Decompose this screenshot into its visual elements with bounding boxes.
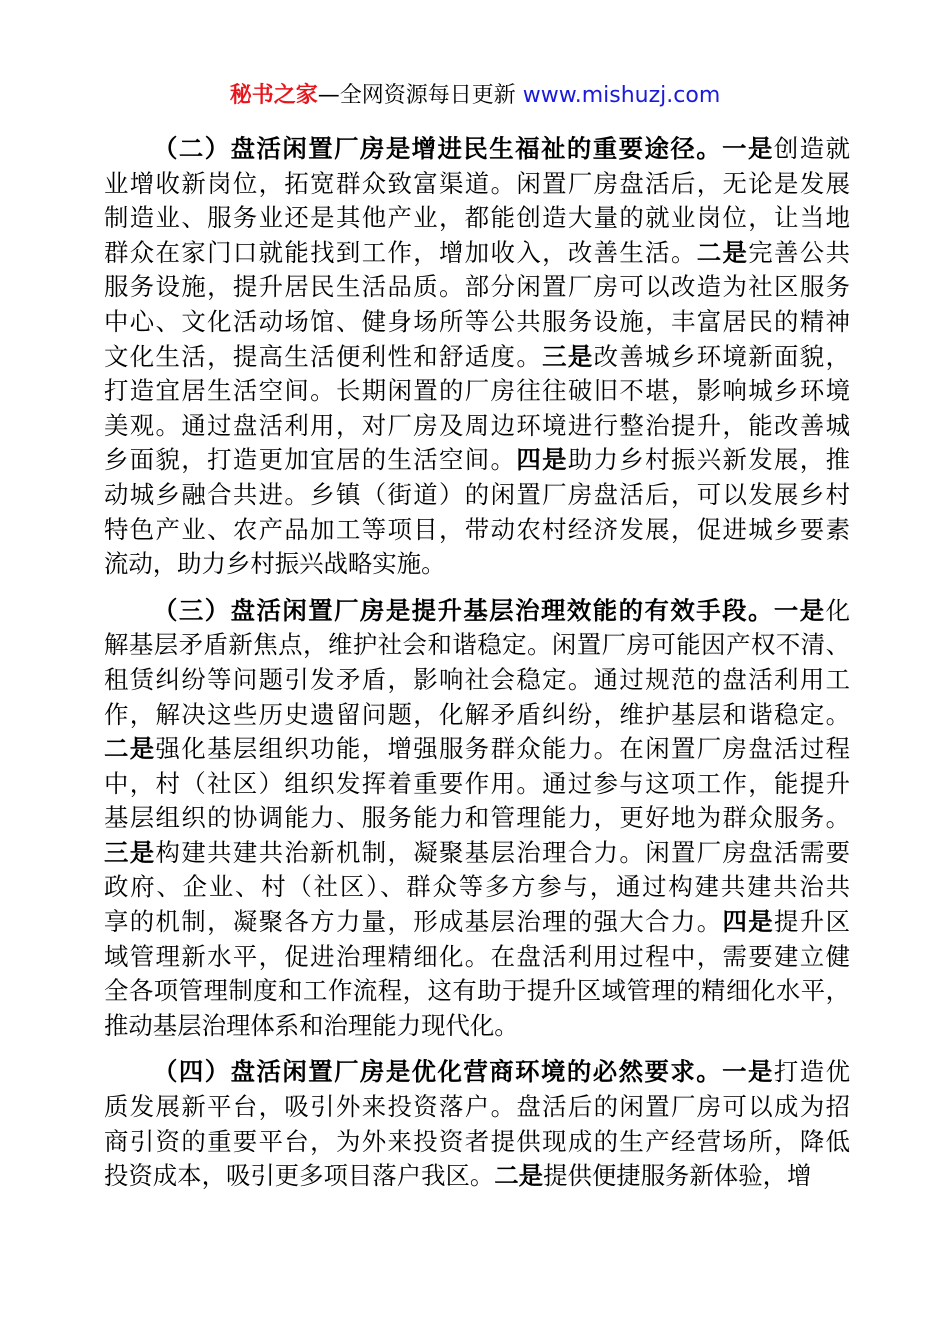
body-text: 美观。通过盘活利用，对厂房及周边环境进行整治提升，能改善城 [104,411,850,440]
body-text: 业增收新岗位，拓宽群众致富渠道。闲置厂房盘活后，无论是发展 [104,169,850,198]
paragraph: （二）盘活闲置厂房是增进民生福祉的重要途径。一是创造就业增收新岗位，拓宽群众致富… [104,132,850,582]
paragraph-heading-line: （四）盘活闲置厂房是优化营商环境的必然要求。一是打造优 [104,1055,850,1090]
body-text: 投资成本，吸引更多项目落户我区。 [104,1161,494,1190]
paragraph-line: 制造业、服务业还是其他产业，都能创造大量的就业岗位，让当地 [104,201,850,236]
body-text: 解基层矛盾新焦点，维护社会和谐稳定。闲置厂房可能因产权不清、 [104,630,850,659]
paragraph-line: 推动基层治理体系和治理能力现代化。 [104,1009,850,1044]
paragraph-heading-line: （二）盘活闲置厂房是增进民生福祉的重要途径。一是创造就 [104,132,850,167]
body-text: 打造优 [774,1057,850,1086]
paragraph-line: 服务设施，提升居民生活品质。部分闲置厂房可以改造为社区服务 [104,270,850,305]
paragraph-line: 政府、企业、村（社区）、群众等多方参与，通过构建共建共治共 [104,870,850,905]
paragraph-line: 特色产业、农产品加工等项目，带动农村经济发展，促进城乡要素 [104,513,850,548]
paragraph-line: 享的机制，凝聚各方力量，形成基层治理的强大合力。四是提升区 [104,905,850,940]
body-text: 政府、企业、村（社区）、群众等多方参与，通过构建共建共治共 [104,872,850,901]
paragraph-line: 全各项管理制度和工作流程，这有助于提升区域管理的精细化水平， [104,974,850,1009]
paragraph: （四）盘活闲置厂房是优化营商环境的必然要求。一是打造优质发展新平台，吸引外来投资… [104,1055,850,1193]
body-text: 完善公共 [748,238,850,267]
paragraph: （三）盘活闲置厂房是提升基层治理效能的有效手段。一是化解基层矛盾新焦点，维护社会… [104,594,850,1044]
body-text: 助力乡村振兴新发展，推 [568,445,850,474]
body-text: 全各项管理制度和工作流程，这有助于提升区域管理的精细化水平， [104,976,850,1005]
paragraph-line: 解基层矛盾新焦点，维护社会和谐稳定。闲置厂房可能因产权不清、 [104,628,850,663]
body-text: 提供便捷服务新体验，增 [543,1161,811,1190]
body-text: 商引资的重要平台，为外来投资者提供现成的生产经营场所，降低 [104,1127,850,1156]
header-tagline: —全网资源每日更新 [318,83,523,108]
body-text: 作，解决这些历史遗留问题，化解矛盾纠纷，维护基层和谐稳定。 [104,700,850,729]
paragraph-heading-line: （三）盘活闲置厂房是提升基层治理效能的有效手段。一是化 [104,594,850,629]
body-text: 中心、文化活动场馆、健身场所等公共服务设施，丰富居民的精神 [104,307,850,336]
paragraph-line: 基层组织的协调能力、服务能力和管理能力，更好地为群众服务。 [104,801,850,836]
body-text: 群众在家门口就能找到工作，增加收入，改善生活。 [104,238,697,267]
bold-text: 三是 [104,838,156,867]
paragraph-line: 中，村（社区）组织发挥着重要作用。通过参与这项工作，能提升 [104,767,850,802]
body-text: 强化基层组织功能，增强服务群众能力。在闲置厂房盘活过程 [156,734,850,763]
bold-text: （四）盘活闲置厂房是优化营商环境的必然要求。一是 [153,1057,774,1086]
body-text: 乡面貌，打造更加宜居的生活空间。 [104,445,516,474]
body-text: 服务设施，提升居民生活品质。部分闲置厂房可以改造为社区服务 [104,272,850,301]
body-text: 租赁纠纷等问题引发矛盾，影响社会稳定。通过规范的盘活利用工 [104,665,850,694]
body-text: 化 [826,596,850,625]
paragraph-line: 中心、文化活动场馆、健身场所等公共服务设施，丰富居民的精神 [104,305,850,340]
paragraph-line: 流动，助力乡村振兴战略实施。 [104,547,850,582]
body-text: 基层组织的协调能力、服务能力和管理能力，更好地为群众服务。 [104,803,850,832]
body-text: 中，村（社区）组织发挥着重要作用。通过参与这项工作，能提升 [104,769,850,798]
body-text: 流动，助力乡村振兴战略实施。 [104,549,445,578]
paragraph-line: 作，解决这些历史遗留问题，化解矛盾纠纷，维护基层和谐稳定。 [104,698,850,733]
site-url-link[interactable]: www.mishuzj.com [523,83,720,108]
paragraph-line: 动城乡融合共进。乡镇（街道）的闲置厂房盘活后，可以发展乡村 [104,478,850,513]
paragraph-line: 文化生活，提高生活便利性和舒适度。三是改善城乡环境新面貌， [104,340,850,375]
paragraph-line: 投资成本，吸引更多项目落户我区。二是提供便捷服务新体验，增 [104,1159,850,1194]
paragraph-line: 域管理新水平，促进治理精细化。在盘活利用过程中，需要建立健 [104,940,850,975]
bold-text: 二是 [697,238,749,267]
paragraph-line: 租赁纠纷等问题引发矛盾，影响社会稳定。通过规范的盘活利用工 [104,663,850,698]
paragraph-line: 美观。通过盘活利用，对厂房及周边环境进行整治提升，能改善城 [104,409,850,444]
paragraph-line: 质发展新平台，吸引外来投资落户。盘活后的闲置厂房可以成为招 [104,1090,850,1125]
paragraph-line: 乡面貌，打造更加宜居的生活空间。四是助力乡村振兴新发展，推 [104,443,850,478]
bold-text: （二）盘活闲置厂房是增进民生福祉的重要途径。一是 [153,134,774,163]
bold-text: 四是 [722,907,774,936]
paragraph-line: 群众在家门口就能找到工作，增加收入，改善生活。二是完善公共 [104,236,850,271]
paragraph-line: 二是强化基层组织功能，增强服务群众能力。在闲置厂房盘活过程 [104,732,850,767]
bold-text: 二是 [494,1161,543,1190]
brand-name: 秘书之家 [230,83,318,108]
body-text: 享的机制，凝聚各方力量，形成基层治理的强大合力。 [104,907,722,936]
document-body: （二）盘活闲置厂房是增进民生福祉的重要途径。一是创造就业增收新岗位，拓宽群众致富… [104,132,850,1206]
body-text: 质发展新平台，吸引外来投资落户。盘活后的闲置厂房可以成为招 [104,1092,850,1121]
body-text: 构建共建共治新机制，凝聚基层治理合力。闲置厂房盘活需要 [156,838,850,867]
paragraph-line: 打造宜居生活空间。长期闲置的厂房往往破旧不堪，影响城乡环境 [104,374,850,409]
body-text: 提升区 [774,907,850,936]
body-text: 域管理新水平，促进治理精细化。在盘活利用过程中，需要建立健 [104,942,850,971]
bold-text: 三是 [542,342,594,371]
body-text: 改善城乡环境新面貌， [594,342,850,371]
bold-text: 四是 [516,445,568,474]
bold-text: （三）盘活闲置厂房是提升基层治理效能的有效手段。一是 [153,596,826,625]
paragraph-line: 三是构建共建共治新机制，凝聚基层治理合力。闲置厂房盘活需要 [104,836,850,871]
body-text: 打造宜居生活空间。长期闲置的厂房往往破旧不堪，影响城乡环境 [104,376,850,405]
body-text: 动城乡融合共进。乡镇（街道）的闲置厂房盘活后，可以发展乡村 [104,480,850,509]
body-text: 推动基层治理体系和治理能力现代化。 [104,1011,519,1040]
body-text: 特色产业、农产品加工等项目，带动农村经济发展，促进城乡要素 [104,515,850,544]
paragraph-line: 商引资的重要平台，为外来投资者提供现成的生产经营场所，降低 [104,1125,850,1160]
site-header: 秘书之家—全网资源每日更新 www.mishuzj.com [0,80,950,112]
body-text: 制造业、服务业还是其他产业，都能创造大量的就业岗位，让当地 [104,203,850,232]
paragraph-line: 业增收新岗位，拓宽群众致富渠道。闲置厂房盘活后，无论是发展 [104,167,850,202]
bold-text: 二是 [104,734,156,763]
body-text: 文化生活，提高生活便利性和舒适度。 [104,342,542,371]
body-text: 创造就 [774,134,850,163]
